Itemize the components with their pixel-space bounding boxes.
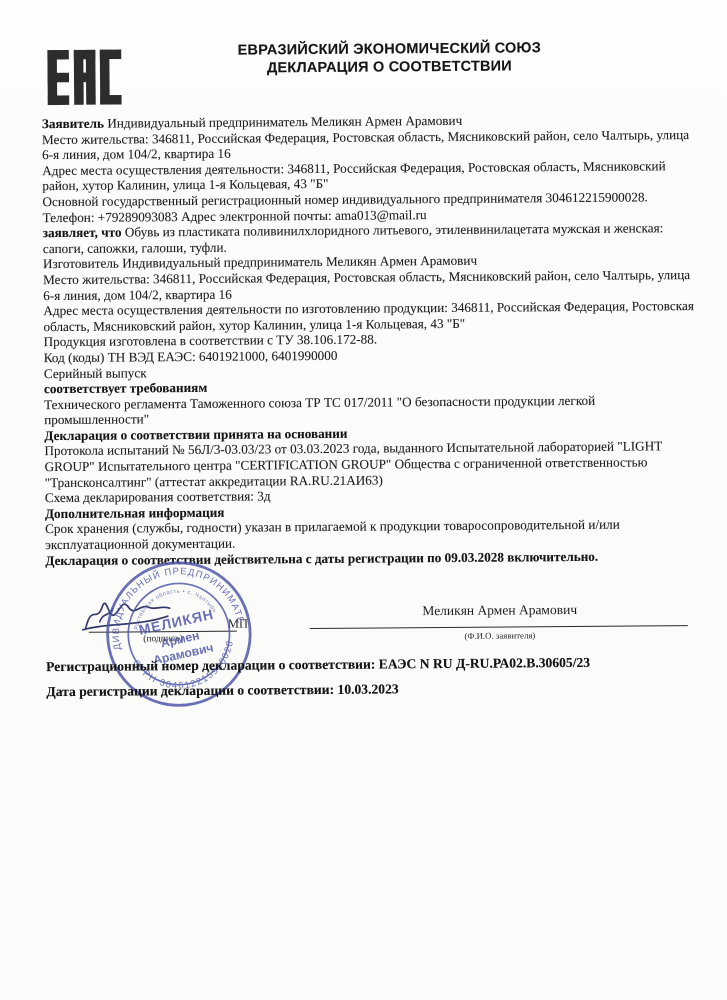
basis-block: Декларация о соответствии принята на осн… xyxy=(44,423,697,506)
eac-mark-icon xyxy=(47,50,121,106)
manufacturer-residence: Место жительства: 346811, Российская Фед… xyxy=(43,267,695,303)
production-address: Адрес места осуществления деятельности п… xyxy=(43,298,695,334)
declares-label: заявляет, что xyxy=(43,225,122,241)
validity-text: Декларация о соответствии действительна … xyxy=(45,548,598,567)
document-title: ДЕКЛАРАЦИЯ О СООТВЕТСТВИИ xyxy=(149,57,629,78)
registration-date-value: 10.03.2023 xyxy=(334,681,399,697)
registration-date-line: Дата регистрации декларации о соответств… xyxy=(46,681,398,700)
additional-info-block: Дополнительная информация Срок хранения … xyxy=(45,501,697,553)
document-header: ЕВРАЗИЙСКИЙ ЭКОНОМИЧЕСКИЙ СОЮЗ ДЕКЛАРАЦИ… xyxy=(149,40,629,79)
applicant-residence: Место жительства: 346811, Российская Фед… xyxy=(42,127,694,163)
document-body: Заявитель Индивидуальный предприниматель… xyxy=(42,111,698,568)
basis-body: Протокола испытаний № 56Л/3-03.03/23 от … xyxy=(44,438,696,490)
applicant-block: Заявитель Индивидуальный предприниматель… xyxy=(42,111,695,225)
compliance-body: Технического регламента Таможенного союз… xyxy=(44,392,696,428)
signer-name-line xyxy=(310,605,688,629)
signer-name-caption: (Ф.И.О. заявителя) xyxy=(312,629,688,642)
applicant-label: Заявитель xyxy=(42,116,104,131)
declaration-document: ЕВРАЗИЙСКИЙ ЭКОНОМИЧЕСКИЙ СОЮЗ ДЕКЛАРАЦИ… xyxy=(0,0,727,1000)
registration-number-line: Регистрационный номер декларации о соотв… xyxy=(46,655,590,675)
declaration-block: заявляет, что Обувь из пластиката поливи… xyxy=(43,220,696,350)
compliance-block: соответствует требованиям Технического р… xyxy=(44,376,696,428)
registration-number-label: Регистрационный номер декларации о соотв… xyxy=(46,657,375,675)
registration-number-value: ЕАЭС N RU Д-RU.РА02.В.30605/23 xyxy=(375,655,590,672)
product-description: Обувь из пластиката поливинилхлоридного … xyxy=(43,220,664,255)
registration-date-label: Дата регистрации декларации о соответств… xyxy=(46,682,334,699)
applicant-activity-address: Адрес места осуществления деятельности: … xyxy=(42,158,694,194)
additional-body: Срок хранения (службы, годности) указан … xyxy=(45,516,697,552)
applicant-name: Индивидуальный предприниматель Меликян А… xyxy=(104,113,462,131)
